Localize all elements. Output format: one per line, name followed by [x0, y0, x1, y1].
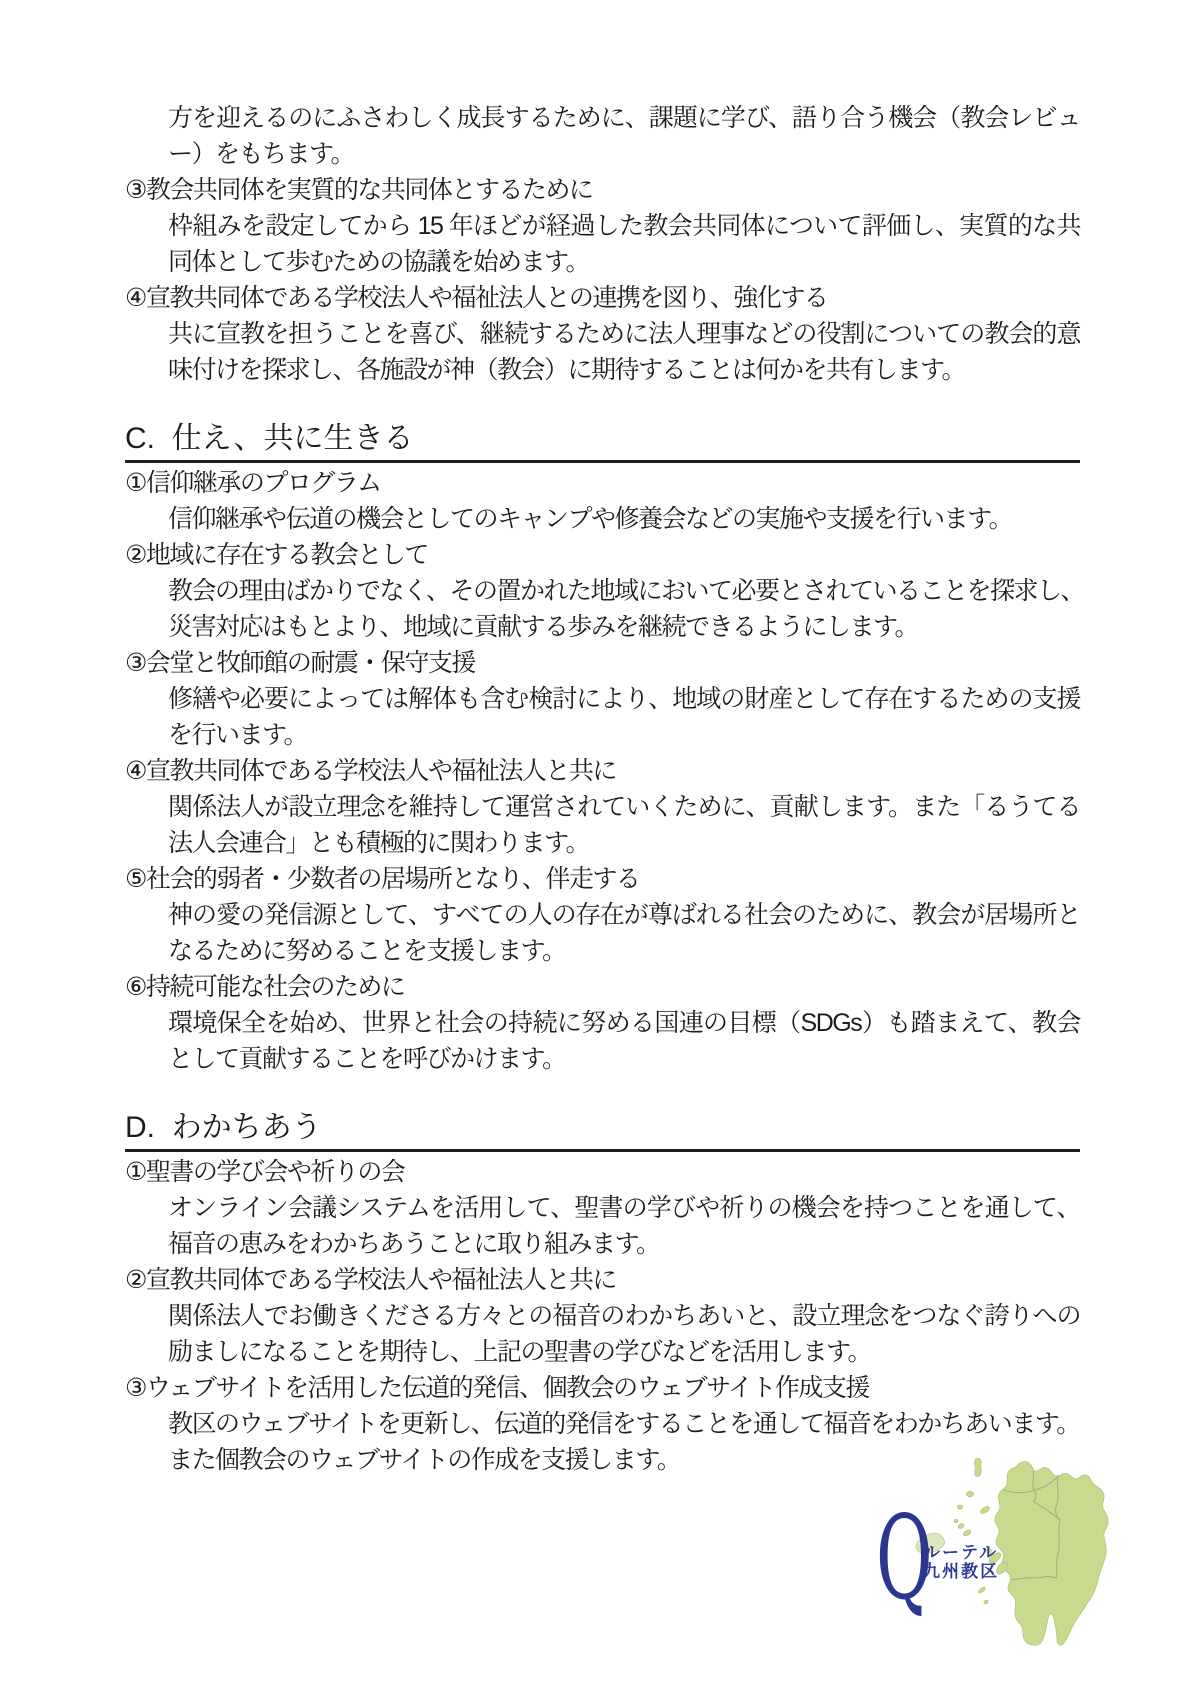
- list-item-title: ③会堂と牧師館の耐震・保守支援: [125, 645, 1080, 681]
- list-item-body: 枠組みを設定してから 15 年ほどが経過した教会共同体について評価し、実質的な共: [125, 208, 1080, 244]
- list-item-body: なるために努めることを支援します。: [125, 933, 1080, 969]
- list-item-title: ②宣教共同体である学校法人や福祉法人と共に: [125, 1262, 1080, 1298]
- list-item-title: ④宣教共同体である学校法人や福祉法人との連携を図り、強化する: [125, 280, 1080, 316]
- list-item-title: ①信仰継承のプログラム: [125, 465, 1080, 501]
- list-item-title: ⑥持続可能な社会のために: [125, 969, 1080, 1005]
- list-item-title: ②地域に存在する教会として: [125, 537, 1080, 573]
- list-item-body: として貢献することを呼びかけます。: [125, 1041, 1080, 1077]
- logo-org-name-line2: 九州教区: [923, 1562, 999, 1581]
- document-page: { "page": {"type": "scanned-document-pag…: [0, 0, 1200, 1697]
- list-item-body: 福音の恵みをわかちあうことに取り組みます。: [125, 1226, 1080, 1262]
- list-item-body: 共に宣教を担うことを喜び、継続するために法人理事などの役割についての教会的意: [125, 316, 1080, 352]
- list-item-title: ④宣教共同体である学校法人や福祉法人と共に: [125, 753, 1080, 789]
- document-body: 方を迎えるのにふさわしく成長するために、課題に学び、語り合う機会（教会レビュ ー…: [125, 100, 1080, 1478]
- list-item-body: 法人会連合」とも積極的に関わります。: [125, 825, 1080, 861]
- list-item-body: 関係法人でお働きくださる方々との福音のわかちあいと、設立理念をつなぐ誇りへの: [125, 1298, 1080, 1334]
- list-item-title: ⑤社会的弱者・少数者の居場所となり、伴走する: [125, 861, 1080, 897]
- list-item-body: 関係法人が設立理念を維持して運営されていくために、貢献します。また「るうてる: [125, 789, 1080, 825]
- list-item-body: 味付けを探求し、各施設が神（教会）に期待することは何かを共有します。: [125, 352, 1080, 388]
- list-item-body: 神の愛の発信源として、すべての人の存在が尊ばれる社会のために、教会が居場所と: [125, 897, 1080, 933]
- list-item-title: ③ウェブサイトを活用した伝道的発信、個教会のウェブサイト作成支援: [125, 1370, 1080, 1406]
- section-heading-c: C. 仕え、共に生きる: [125, 424, 1080, 463]
- list-item-body: 災害対応はもとより、地域に貢献する歩みを継続できるようにします。: [125, 609, 1080, 645]
- list-item-body: オンライン会議システムを活用して、聖書の学びや祈りの機会を持つことを通して、: [125, 1190, 1080, 1226]
- list-item-title: ①聖書の学び会や祈りの会: [125, 1154, 1080, 1190]
- list-item-body: また個教会のウェブサイトの作成を支援します。: [125, 1442, 1080, 1478]
- list-item-body: 教会の理由ばかりでなく、その置かれた地域において必要とされていることを探求し、: [125, 573, 1080, 609]
- list-item-title: ③教会共同体を実質的な共同体とするために: [125, 172, 1080, 208]
- list-item-body: 教区のウェブサイトを更新し、伝道的発信をすることを通して福音をわかちあいます。: [125, 1406, 1080, 1442]
- list-item-body: 励ましになることを期待し、上記の聖書の学びなどを活用します。: [125, 1334, 1080, 1370]
- text-line: 方を迎えるのにふさわしく成長するために、課題に学び、語り合う機会（教会レビュ: [125, 100, 1080, 136]
- logo-org-name-line1: ルーテル: [923, 1543, 998, 1562]
- list-item-body: を行います。: [125, 717, 1080, 753]
- list-item-body: 信仰継承や伝道の機会としてのキャンプや修養会などの実施や支援を行います。: [125, 501, 1080, 537]
- list-item-body: 環境保全を始め、世界と社会の持続に努める国連の目標（SDGs）も踏まえて、教会: [125, 1005, 1080, 1041]
- section-heading-d: D. わかちあう: [125, 1113, 1080, 1152]
- text-line: ー）をもちます。: [125, 136, 1080, 172]
- list-item-body: 修繕や必要によっては解体も含む検討により、地域の財産として存在するための支援: [125, 681, 1080, 717]
- list-item-body: 同体として歩むための協議を始めます。: [125, 244, 1080, 280]
